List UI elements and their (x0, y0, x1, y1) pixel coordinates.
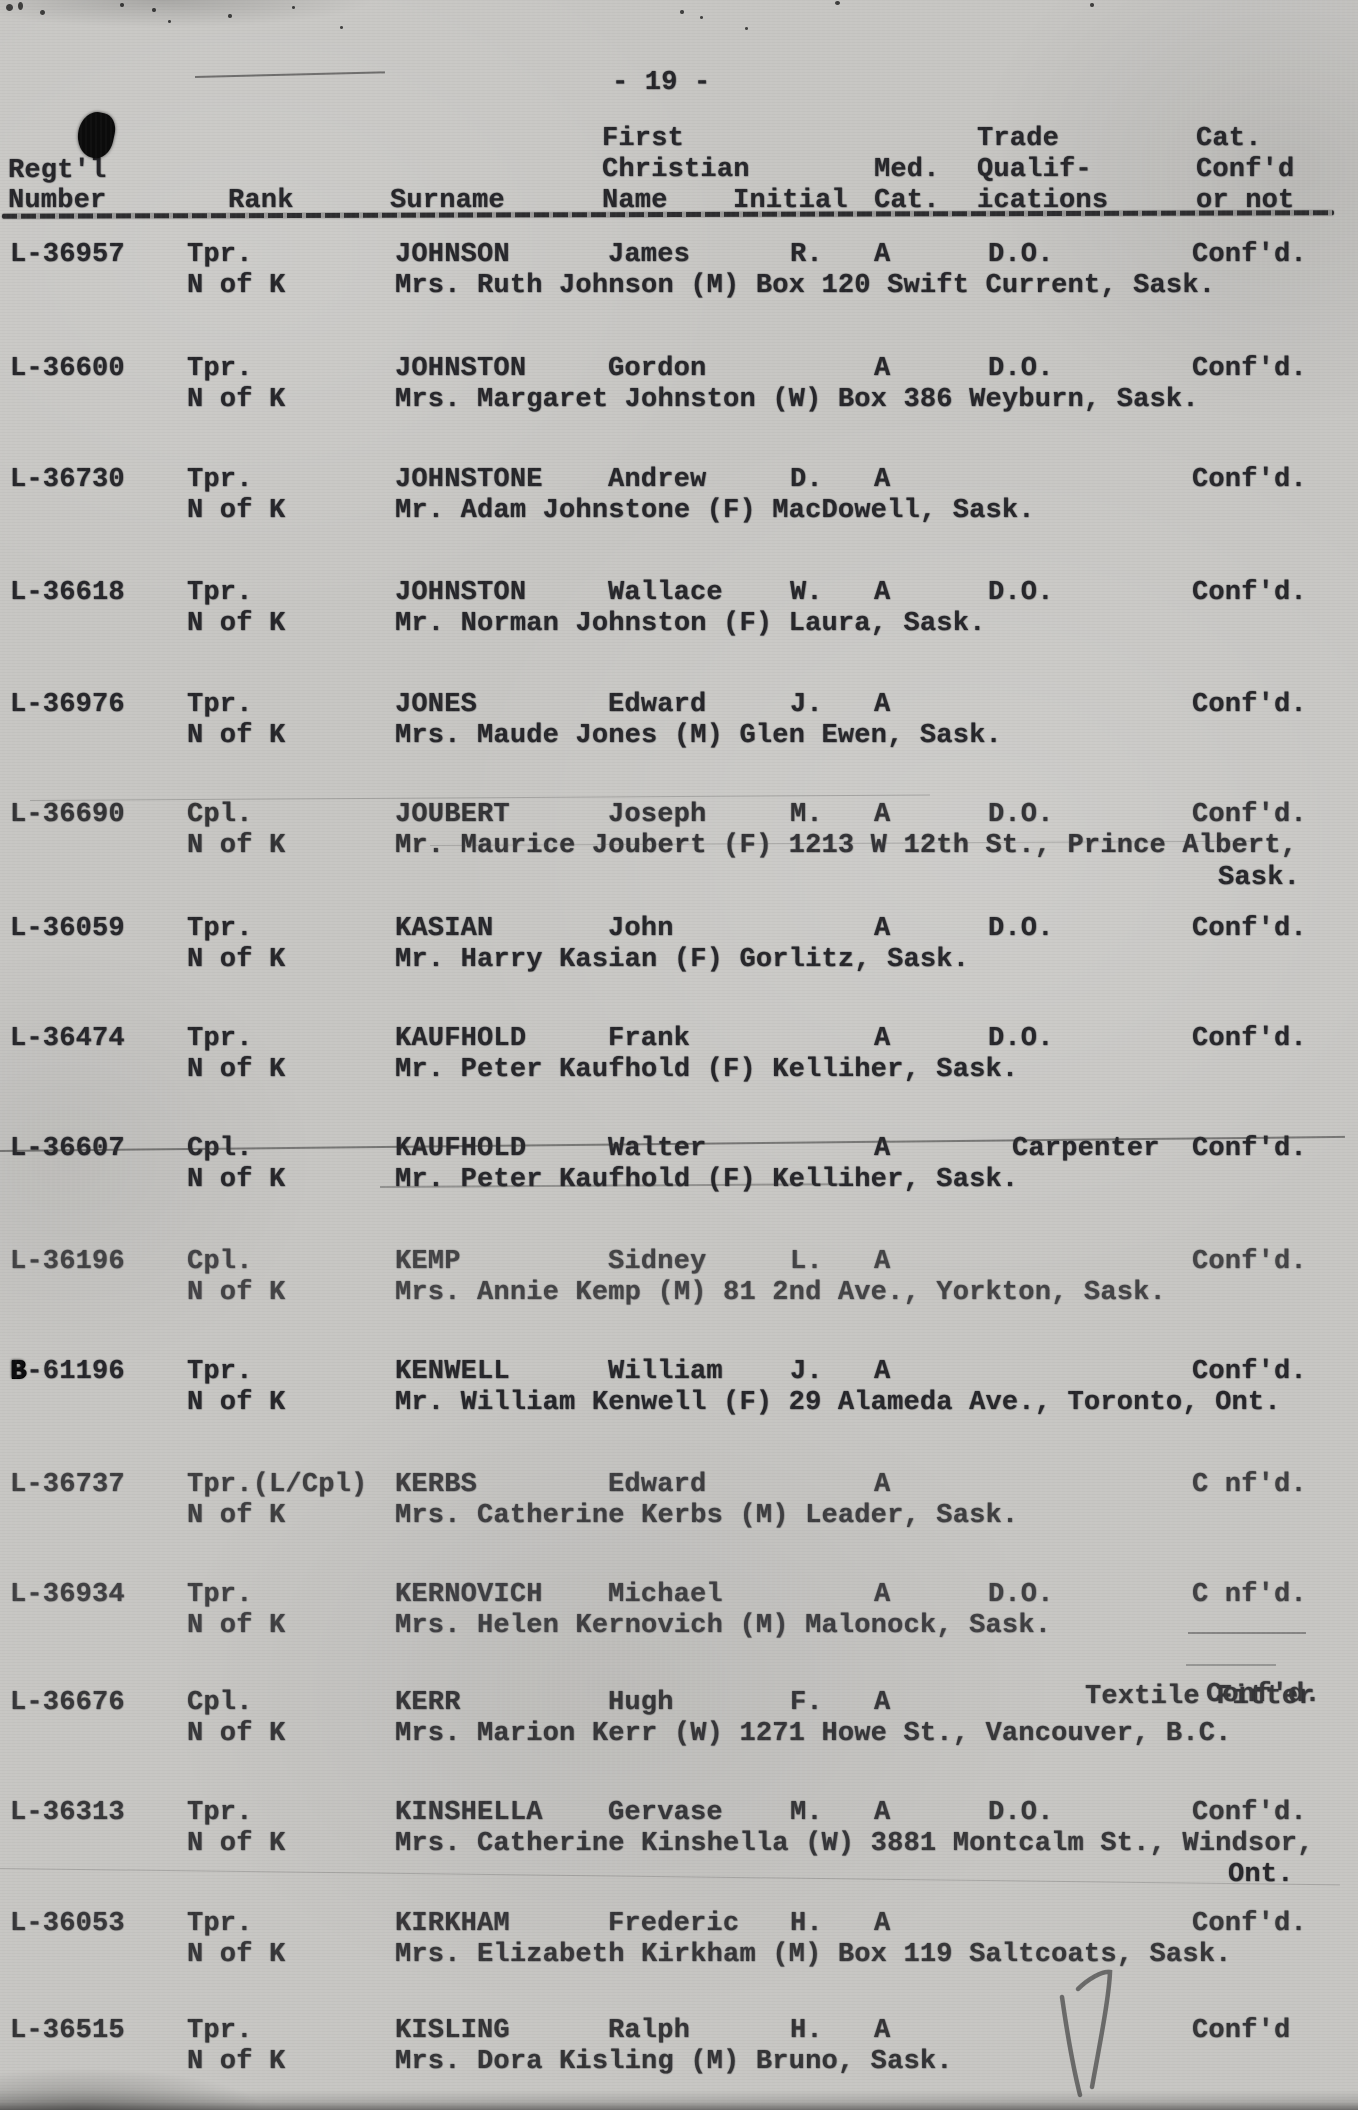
header-regtl-line1: Regt'l (8, 158, 106, 185)
table-row: L-36313Tpr.KINSHELLAGervaseM.AD.O.Conf'd… (0, 1800, 1358, 1900)
confd-cell: Conf'd. (1192, 242, 1307, 269)
handwritten-17-annotation (1030, 1955, 1150, 2105)
first-name-cell: William (608, 1359, 723, 1386)
speck (700, 16, 703, 19)
rank-cell: Tpr. (187, 1800, 253, 1827)
regtl-number-cell: L-36059 (10, 916, 125, 943)
table-row: L-36618Tpr.JOHNSTONWallaceW.AD.O.Conf'd.… (0, 580, 1358, 680)
first-name-cell: Joseph (608, 802, 706, 829)
nok-label: N of K (187, 1167, 285, 1194)
table-row: L-36690Cpl.JOUBERTJosephM.AD.O.Conf'd.N … (0, 802, 1358, 902)
confd-cell: C nf'd. (1192, 1472, 1307, 1499)
initial-cell: M. (790, 802, 823, 829)
header-cat-line2: Conf'd (1196, 157, 1294, 184)
nok-label: N of K (187, 1503, 285, 1530)
confd-cell: Conf'd. (1192, 356, 1307, 383)
table-row: L-36730Tpr.JOHNSTONEAndrewD.AConf'd.N of… (0, 467, 1358, 567)
med-cat-cell: A (874, 467, 890, 494)
med-cat-cell: A (874, 2018, 890, 2045)
nok-cell: Mr. Norman Johnston (F) Laura, Sask. (395, 611, 986, 638)
table-row: L-36976Tpr.JONESEdwardJ.AConf'd.N of KMr… (0, 692, 1358, 792)
med-cat-cell: A (874, 1690, 890, 1717)
nok-cell: Mrs. Marion Kerr (W) 1271 Howe St., Vanc… (395, 1721, 1232, 1748)
confd-cell: Conf'd. (1192, 1249, 1307, 1276)
confd-cell: Conf'd. (1206, 1682, 1321, 1709)
med-cat-cell: A (874, 580, 890, 607)
table-row: L-36053Tpr.KIRKHAMFredericH.AConf'd.N of… (0, 1911, 1358, 2011)
table-row: L-36737Tpr.(L/Cpl)KERBSEdwardAC nf'd.N o… (0, 1472, 1358, 1572)
med-cat-cell: A (874, 1800, 890, 1827)
med-cat-cell: A (874, 242, 890, 269)
header-med-line1: Med. (874, 157, 940, 184)
surname-cell: KISLING (395, 2018, 510, 2045)
surname-cell: JOHNSTON (395, 356, 526, 383)
rank-cell: Cpl. (187, 1690, 253, 1717)
rank-cell: Tpr. (187, 916, 253, 943)
regtl-number-cell: B-61196 (10, 1359, 125, 1386)
nok-label: N of K (187, 498, 285, 525)
trade-cell: D.O. (988, 580, 1054, 607)
speck (835, 1, 840, 5)
table-row: L-36957Tpr.JOHNSONJamesR.AD.O.Conf'd.N o… (0, 242, 1358, 342)
first-name-cell: Edward (608, 692, 706, 719)
nok-cell: Mr. Maurice Joubert (F) 1213 W 12th St.,… (395, 833, 1297, 860)
nok-label: N of K (187, 387, 285, 414)
regtl-number-cell: L-36618 (10, 580, 125, 607)
regtl-number-cell: L-36607 (10, 1136, 125, 1163)
med-cat-cell: A (874, 1026, 890, 1053)
first-name-cell: Frank (608, 1026, 690, 1053)
initial-cell: J. (790, 692, 823, 719)
speck (40, 10, 45, 15)
scanned-document-page: - 19 - Regt'l Number Rank Surname First … (0, 0, 1358, 2110)
initial-cell: L. (790, 1249, 823, 1276)
nok-cell: Mrs. Ruth Johnson (M) Box 120 Swift Curr… (395, 273, 1215, 300)
speck (6, 4, 13, 11)
initial-cell: H. (790, 2018, 823, 2045)
first-name-cell: Michael (608, 1582, 723, 1609)
table-row: L-36676Cpl.KERRHughF.ATextile FitterConf… (0, 1690, 1358, 1790)
med-cat-cell: A (874, 1911, 890, 1938)
regtl-number-cell: L-36934 (10, 1582, 125, 1609)
confd-cell: C nf'd. (1192, 1582, 1307, 1609)
rank-cell: Tpr. (187, 1911, 253, 1938)
surname-cell: KERBS (395, 1472, 477, 1499)
surname-cell: KENWELL (395, 1359, 510, 1386)
nok-label: N of K (187, 1280, 285, 1307)
trade-cell: D.O. (988, 1026, 1054, 1053)
confd-cell: Conf'd. (1192, 467, 1307, 494)
table-row: B-61196Tpr.KENWELLWilliamJ.AConf'd.N of … (0, 1359, 1358, 1459)
initial-cell: F. (790, 1690, 823, 1717)
med-cat-cell: A (874, 1249, 890, 1276)
first-name-cell: Ralph (608, 2018, 690, 2045)
regtl-number-cell: L-36690 (10, 802, 125, 829)
surname-cell: KINSHELLA (395, 1800, 543, 1827)
regtl-number-cell: L-36737 (10, 1472, 125, 1499)
table-row: L-36600Tpr.JOHNSTONGordonAD.O.Conf'd.N o… (0, 356, 1358, 456)
speck (1090, 3, 1094, 7)
table-row: L-36059Tpr.KASIANJohnAD.O.Conf'd.N of KM… (0, 916, 1358, 1016)
regtl-number-cell: L-36515 (10, 2018, 125, 2045)
table-row: L-36474Tpr.KAUFHOLDFrankAD.O.Conf'd.N of… (0, 1026, 1358, 1126)
speck (152, 8, 156, 12)
confd-cell: Conf'd. (1192, 916, 1307, 943)
regtl-number-cell: L-36474 (10, 1026, 125, 1053)
first-name-cell: Frederic (608, 1911, 739, 1938)
rank-cell: Tpr. (187, 1359, 253, 1386)
trade-cell: D.O. (988, 356, 1054, 383)
surname-cell: JOHNSTONE (395, 467, 543, 494)
med-cat-cell: A (874, 1136, 890, 1163)
regtl-number-cell: L-36313 (10, 1800, 125, 1827)
first-name-cell: Edward (608, 1472, 706, 1499)
rank-cell: Cpl. (187, 1136, 253, 1163)
nok-cell: Mr. Peter Kaufhold (F) Kelliher, Sask. (395, 1167, 1018, 1194)
trade-cell: D.O. (988, 242, 1054, 269)
rank-cell: Tpr. (187, 692, 253, 719)
rank-cell: Cpl. (187, 1249, 253, 1276)
header-trade-line2: Qualif- (977, 157, 1092, 184)
table-row: L-36607Cpl.KAUFHOLDWalterACarpenterConf'… (0, 1136, 1358, 1236)
nok-label: N of K (187, 273, 285, 300)
speck (680, 10, 684, 14)
regtl-number-cell: L-36196 (10, 1249, 125, 1276)
surname-cell: KEMP (395, 1249, 461, 1276)
surname-cell: KERNOVICH (395, 1582, 543, 1609)
regtl-number-cell: L-36600 (10, 356, 125, 383)
trade-cell: D.O. (988, 802, 1054, 829)
header-rank: Rank (228, 188, 294, 215)
med-cat-cell: A (874, 1472, 890, 1499)
confd-cell: Conf'd (1192, 2018, 1290, 2045)
first-name-cell: Gordon (608, 356, 706, 383)
speck (168, 20, 171, 23)
regtl-number-cell: L-36730 (10, 467, 125, 494)
med-cat-cell: A (874, 1359, 890, 1386)
regtl-number-cell: L-36676 (10, 1690, 125, 1717)
rank-cell: Tpr. (187, 580, 253, 607)
surname-cell: JOHNSON (395, 242, 510, 269)
nok-cell: Mr. Peter Kaufhold (F) Kelliher, Sask. (395, 1057, 1018, 1084)
nok-label: N of K (187, 1613, 285, 1640)
speck (18, 2, 23, 10)
speck (292, 6, 295, 9)
first-name-cell: John (608, 916, 674, 943)
first-name-cell: Gervase (608, 1800, 723, 1827)
surname-cell: KIRKHAM (395, 1911, 510, 1938)
speck (120, 3, 124, 7)
confd-cell: Conf'd. (1192, 580, 1307, 607)
initial-cell: D. (790, 467, 823, 494)
trade-cell: D.O. (988, 1582, 1054, 1609)
rank-cell: Cpl. (187, 802, 253, 829)
surname-cell: KAUFHOLD (395, 1026, 526, 1053)
surname-cell: JOHNSTON (395, 580, 526, 607)
nok-cell: Mr. William Kenwell (F) 29 Alameda Ave.,… (395, 1390, 1281, 1417)
trade-cell: Carpenter (1012, 1136, 1160, 1163)
nok-label: N of K (187, 611, 285, 638)
nok-cell: Mrs. Maude Jones (M) Glen Ewen, Sask. (395, 723, 1002, 750)
header-regtl-line2: Number (8, 188, 106, 215)
nok-overflow-cell: Sask. (1218, 865, 1300, 892)
med-cat-cell: A (874, 356, 890, 383)
surname-cell: JONES (395, 692, 477, 719)
nok-cell: Mrs. Annie Kemp (M) 81 2nd Ave., Yorkton… (395, 1280, 1166, 1307)
nok-cell: Mrs. Dora Kisling (M) Bruno, Sask. (395, 2049, 953, 2076)
nok-label: N of K (187, 1057, 285, 1084)
nok-cell: Mrs. Catherine Kinshella (W) 3881 Montca… (395, 1831, 1314, 1858)
nok-label: N of K (187, 723, 285, 750)
surname-cell: KAUFHOLD (395, 1136, 526, 1163)
trade-cell: D.O. (988, 916, 1054, 943)
header-first-line1: First (602, 126, 684, 153)
initial-cell: M. (790, 1800, 823, 1827)
rank-cell: Tpr. (187, 467, 253, 494)
first-name-cell: Andrew (608, 467, 706, 494)
nok-cell: Mrs. Catherine Kerbs (M) Leader, Sask. (395, 1503, 1018, 1530)
surname-cell: KERR (395, 1690, 461, 1717)
nok-cell: Mrs. Margaret Johnston (W) Box 386 Weybu… (395, 387, 1199, 414)
nok-cell: Mr. Adam Johnstone (F) MacDowell, Sask. (395, 498, 1035, 525)
confd-cell: Conf'd. (1192, 1359, 1307, 1386)
first-name-cell: Hugh (608, 1690, 674, 1717)
table-row: L-36934Tpr.KERNOVICHMichaelAD.O.C nf'd.N… (0, 1582, 1358, 1682)
initial-cell: R. (790, 242, 823, 269)
table-row: L-36515Tpr.KISLINGRalphH.AConf'dN of KMr… (0, 2018, 1358, 2110)
rank-cell: Tpr. (187, 1582, 253, 1609)
med-cat-cell: A (874, 692, 890, 719)
nok-label: N of K (187, 1721, 285, 1748)
initial-cell: H. (790, 1911, 823, 1938)
rank-cell: Tpr. (187, 242, 253, 269)
header-trade-line1: Trade (977, 126, 1059, 153)
table-row: L-36196Cpl.KEMPSidneyL.AConf'd.N of KMrs… (0, 1249, 1358, 1349)
nok-label: N of K (187, 2049, 285, 2076)
nok-label: N of K (187, 1942, 285, 1969)
speck (745, 27, 748, 30)
typewritten-content: - 19 - Regt'l Number Rank Surname First … (0, 0, 1358, 2110)
confd-cell: Conf'd. (1192, 1800, 1307, 1827)
nok-label: N of K (187, 1831, 285, 1858)
first-name-cell: Walter (608, 1136, 706, 1163)
rank-cell: Tpr. (187, 2018, 253, 2045)
confd-cell: Conf'd. (1192, 1911, 1307, 1938)
regtl-number-cell: L-36053 (10, 1911, 125, 1938)
header-divider-rule (2, 210, 1334, 218)
initial-cell: W. (790, 580, 823, 607)
first-name-cell: Sidney (608, 1249, 706, 1276)
confd-cell: Conf'd. (1192, 802, 1307, 829)
nok-label: N of K (187, 1390, 285, 1417)
confd-cell: Conf'd. (1192, 1136, 1307, 1163)
first-name-cell: Wallace (608, 580, 723, 607)
rank-cell: Tpr. (187, 356, 253, 383)
nok-label: N of K (187, 833, 285, 860)
med-cat-cell: A (874, 916, 890, 943)
header-first-line2: Christian (602, 157, 750, 184)
speck (228, 14, 232, 18)
header-surname: Surname (390, 188, 505, 215)
nok-label: N of K (187, 947, 285, 974)
header-cat-line1: Cat. (1196, 126, 1262, 153)
initial-cell: J. (790, 1359, 823, 1386)
nok-overflow-cell: Ont. (1228, 1862, 1294, 1889)
surname-cell: KASIAN (395, 916, 493, 943)
regtl-number-cell: L-36957 (10, 242, 125, 269)
med-cat-cell: A (874, 1582, 890, 1609)
trade-cell: D.O. (988, 1800, 1054, 1827)
first-name-cell: James (608, 242, 690, 269)
med-cat-cell: A (874, 802, 890, 829)
page-number: - 19 - (612, 70, 710, 97)
surname-cell: JOUBERT (395, 802, 510, 829)
nok-cell: Mr. Harry Kasian (F) Gorlitz, Sask. (395, 947, 969, 974)
rank-cell: Tpr.(L/Cpl) (187, 1472, 367, 1499)
nok-cell: Mrs. Helen Kernovich (M) Malonock, Sask. (395, 1613, 1051, 1640)
rank-cell: Tpr. (187, 1026, 253, 1053)
confd-cell: Conf'd. (1192, 1026, 1307, 1053)
regtl-number-cell: L-36976 (10, 692, 125, 719)
header-first-line3: Name (602, 188, 668, 215)
confd-cell: Conf'd. (1192, 692, 1307, 719)
speck (340, 26, 343, 29)
